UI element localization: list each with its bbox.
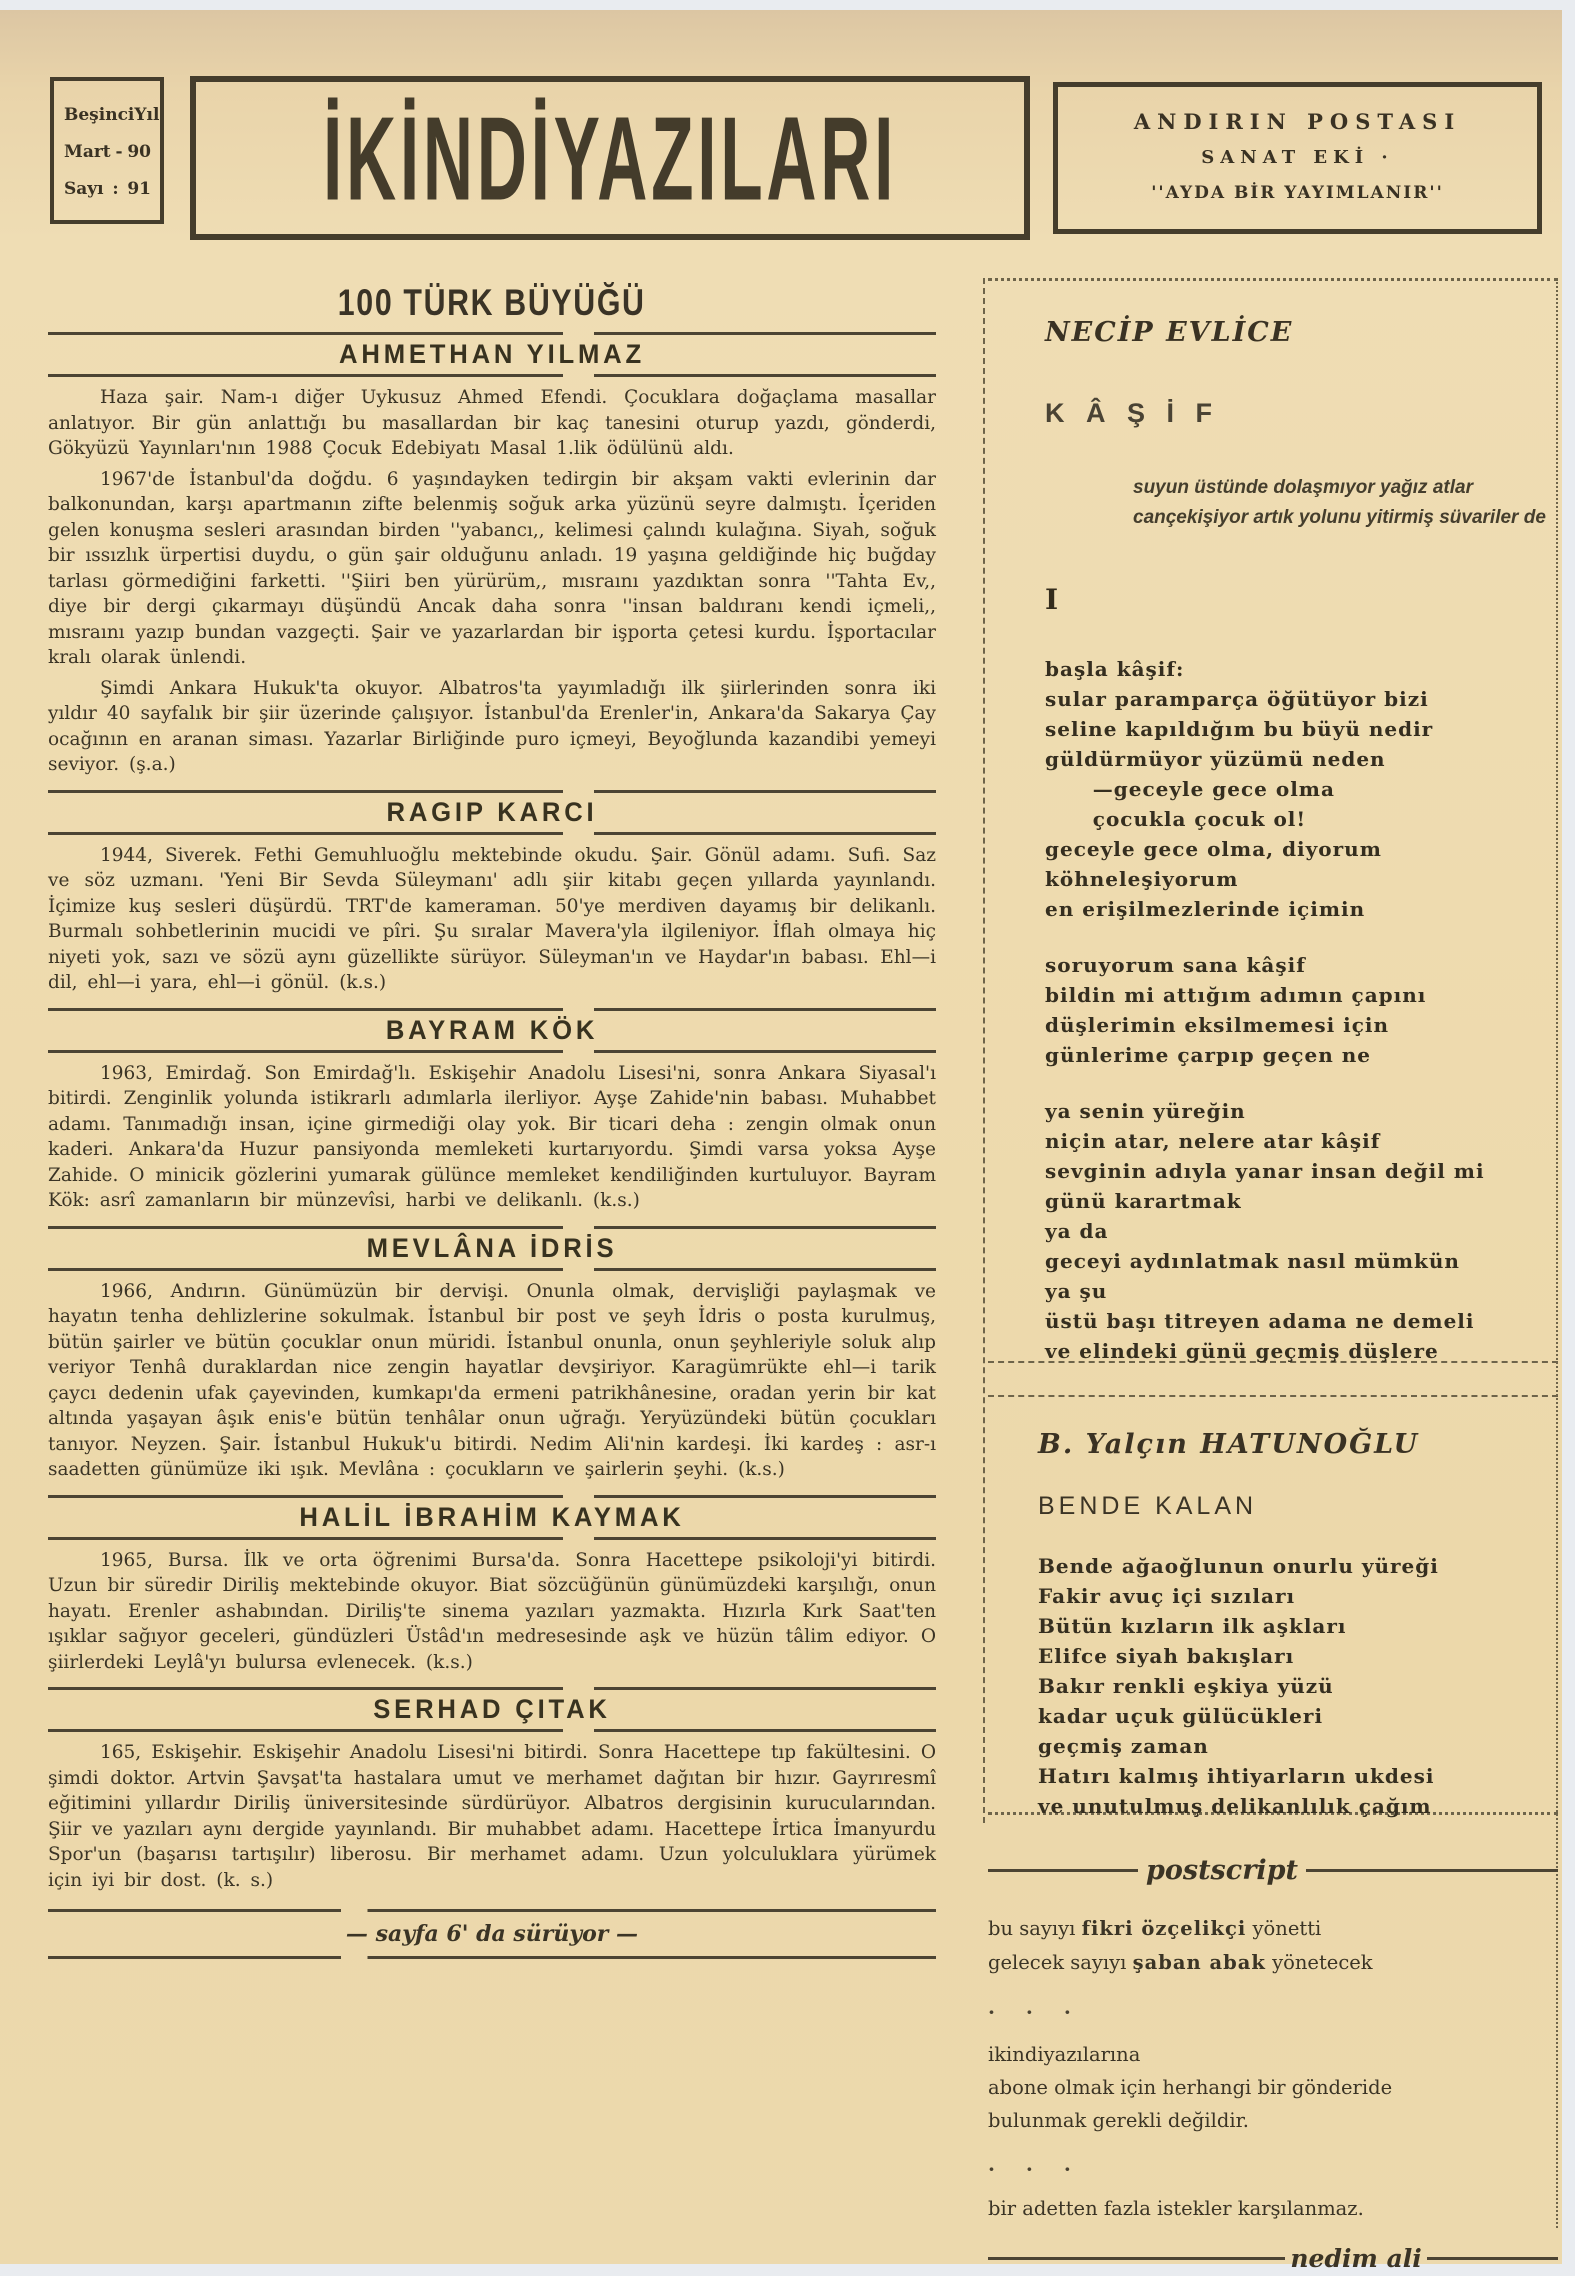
issue-month-sep: - [115,134,122,171]
postscript-request-note: bir adetten fazla istekler karşılanmaz. [988,2197,1558,2220]
poem-line: geçmiş zaman [1038,1731,1558,1761]
heading-rule-top [48,1008,936,1011]
poem-line: Fakir avuç içi sızıları [1038,1581,1558,1611]
poem-line: Elifce siyah bakışları [1038,1641,1558,1671]
poem-line: günü karartmak [1045,1186,1558,1216]
issue-number-row: Sayı : 91 [64,171,151,208]
issue-number-sep: : [112,171,118,208]
issue-month-value: 90 [127,134,151,171]
heading-rule-top [48,332,936,335]
editor-line-prefix: bu sayıyı [988,1917,1082,1940]
article-heading-block: SERHAD ÇITAK [48,1687,936,1732]
poem-line: Bende ağaoğlunun onurlu yüreği [1038,1551,1558,1581]
poem-line: ve elindeki günü geçmiş düşlere [1045,1336,1558,1366]
poem-line: geceyi aydınlatmak nasıl mümkün [1045,1246,1558,1276]
article-paragraph: 1966, Andırın. Günümüzün bir dervişi. On… [48,1279,936,1483]
article-heading-block: AHMETHAN YILMAZ [48,332,936,377]
postscript-current-editor-line: bu sayıyı fikri özçelikçi yönetti [988,1912,1558,1946]
issue-month-row: Mart - 90 [64,134,151,171]
postscript-header: postscript [988,1855,1558,1886]
poem-line: seline kapıldığım bu büyü nedir [1045,714,1558,744]
poem1-stanzas: başla kâşif:sular paramparça öğütüyor bi… [1045,654,1558,1366]
postscript-next-editor-line: gelecek sayıyı şaban abak yönetecek [988,1946,1558,1980]
articles: AHMETHAN YILMAZHaza şair. Nam-ı diğer Uy… [48,332,936,1959]
article-paragraph: Şimdi Ankara Hukuk'ta okuyor. Albatros't… [48,676,936,778]
article-heading-block: HALİL İBRAHİM KAYMAK [48,1495,936,1540]
article-section: RAGIP KARCI1944, Siverek. Fethi Gemuhluo… [48,790,936,996]
magazine-logo: İKİNDİYAZILARI [323,90,897,227]
article-paragraph: 1944, Siverek. Fethi Gemuhluoğlu mektebi… [48,843,936,996]
heading-rule-bottom [48,1729,936,1732]
article-paragraph: 1965, Bursa. İlk ve orta öğrenimi Bursa'… [48,1548,936,1676]
article-section: HALİL İBRAHİM KAYMAK1965, Bursa. İlk ve … [48,1495,936,1676]
current-editor-name: fikri özçelikçi [1082,1917,1247,1940]
paper-background: Beşinci Yıl Mart - 90 Sayı : 91 İKİNDİYA… [0,10,1562,2264]
poem-line: ya da [1045,1216,1558,1246]
heading-rule-bottom [48,832,936,835]
poem-line: kadar uçuk gülücükleri [1038,1701,1558,1731]
poem1-author: NECİP EVLİCE [1045,317,1558,348]
issue-number-value: 91 [127,171,151,208]
article-heading-block: BAYRAM KÖK [48,1008,936,1053]
postscript-rule-right [1306,1869,1558,1872]
poem-line: günlerime çarpıp geçen ne [1045,1040,1558,1070]
heading-rule-top [48,1495,936,1498]
heading-rule-bottom [48,1268,936,1271]
footer-rule-bottom [48,1956,936,1959]
page-title: 100 TÜRK BÜYÜĞÜ [48,282,936,324]
poem-line: Bütün kızların ilk aşkları [1038,1611,1558,1641]
issue-number-label: Sayı [64,171,104,208]
article-heading-block: RAGIP KARCI [48,790,936,835]
signature-rule-left [988,2257,1285,2260]
poem-stanza: soruyorum sana kâşifbildin mi attığım ad… [1045,950,1558,1070]
article-heading: HALİL İBRAHİM KAYMAK [70,1502,914,1533]
poem-line: ya senin yüreğin [1045,1096,1558,1126]
publisher-name: ANDIRIN POSTASI [1058,109,1537,134]
poem-line: Bakır renkli eşkiya yüzü [1038,1671,1558,1701]
poem1-epigraph: suyun üstünde dolaşmıyor yağız atlar can… [1133,473,1558,533]
poem-line: üstü başı titreyen adama ne demeli [1045,1306,1558,1336]
poem-bende-kalan-section: B. Yalçın HATUNOĞLU BENDE KALAN Bende ağ… [988,1395,1558,1815]
poem2-lines: Bende ağaoğlunun onurlu yüreğiFakir avuç… [1038,1551,1558,1821]
poem-line: en erişilmezlerinde içimin [1045,894,1558,924]
magazine-logo-box: İKİNDİYAZILARI [190,76,1030,240]
article-section: SERHAD ÇITAK165, Eskişehir. Eskişehir An… [48,1687,936,1893]
article-paragraph: 1967'de İstanbul'da doğdu. 6 yaşındayken… [48,467,936,671]
poem-line: bildin mi attığım adımın çapını [1045,980,1558,1010]
signature-rule-right [1427,2257,1558,2260]
article-heading: BAYRAM KÖK [70,1015,914,1046]
poem-line: düşlerimin eksilmemesi için [1045,1010,1558,1040]
postscript-rule-left [988,1869,1138,1872]
article-heading: SERHAD ÇITAK [70,1694,914,1725]
issue-year-value: Yıl [134,97,159,134]
heading-rule-top [48,1687,936,1690]
heading-rule-bottom [48,1050,936,1053]
poem-line: Hatırı kalmış ihtiyarların ukdesi [1038,1761,1558,1791]
poem-line: çocukla çocuk ol! [1045,804,1558,834]
article-heading: AHMETHAN YILMAZ [70,339,914,370]
article-heading-block: MEVLÂNA İDRİS [48,1226,936,1271]
footer-rule-top [48,1909,936,1912]
poem-line: sular paramparça öğütüyor bizi [1045,684,1558,714]
poem-stanza: başla kâşif:sular paramparça öğütüyor bi… [1045,654,1558,924]
signature-name: nedim ali [1285,2244,1426,2273]
poem2-title: BENDE KALAN [1038,1492,1558,1521]
poem1-section-number: I [1045,583,1558,616]
continuation-footer: — sayfa 6' da sürüyor — [48,1909,936,1959]
article-section: AHMETHAN YILMAZHaza şair. Nam-ı diğer Uy… [48,332,936,778]
separator-dots: · · · [988,2000,1558,2024]
postscript-subscription: ikindiyazılarınaabone olmak için herhang… [988,2038,1558,2137]
poem-line: köhneleşiyorum [1045,864,1558,894]
postscript-line: bulunmak gerekli değildir. [988,2104,1558,2137]
article-section: MEVLÂNA İDRİS1966, Andırın. Günümüzün bi… [48,1226,936,1483]
poem-line: güldürmüyor yüzümü neden [1045,744,1558,774]
heading-rule-bottom [48,1537,936,1540]
poem-line: niçin atar, nelere atar kâşif [1045,1126,1558,1156]
article-heading: RAGIP KARCI [70,797,914,828]
heading-rule-top [48,790,936,793]
postscript-section: postscript bu sayıyı fikri özçelikçi yön… [988,1815,1558,2273]
poem-line: başla kâşif: [1045,654,1558,684]
article-section: BAYRAM KÖK1963, Emirdağ. Son Emirdağ'lı.… [48,1008,936,1214]
poem1-title: K Â Ş İ F [1045,398,1558,429]
poem-line: soruyorum sana kâşif [1045,950,1558,980]
poem-stanza: ya senin yüreğinniçin atar, nelere atar … [1045,1096,1558,1366]
next-editor-suffix: yönetecek [1266,1951,1373,1974]
article-paragraph: Haza şair. Nam-ı diğer Uykusuz Ahmed Efe… [48,385,936,462]
poem-line: —geceyle gece olma [1045,774,1558,804]
publisher-info-box: ANDIRIN POSTASI SANAT EKİ · ''AYDA BİR Y… [1053,82,1542,234]
article-heading: MEVLÂNA İDRİS [70,1233,914,1264]
poem2-author: B. Yalçın HATUNOĞLU [1038,1429,1558,1460]
next-editor-name: şaban abak [1133,1951,1266,1974]
poem1-epigraph-line1: suyun üstünde dolaşmıyor yağız atlar [1133,473,1558,503]
continuation-note: — sayfa 6' da sürüyor — [48,1921,936,1947]
editor-line-suffix: yönetti [1246,1917,1321,1940]
article-paragraph: 165, Eskişehir. Eskişehir Anadolu Lisesi… [48,1740,936,1893]
supplement-label: SANAT EKİ · [1058,147,1537,168]
heading-rule-top [48,1226,936,1229]
issue-year-row: Beşinci Yıl [64,97,151,134]
column-divider-dashed [983,278,985,1823]
separator-dots-2: · · · [988,2157,1558,2181]
heading-rule-bottom [48,374,936,377]
poem-line: sevginin adıyla yanar insan değil mi [1045,1156,1558,1186]
article-paragraph: 1963, Emirdağ. Son Emirdağ'lı. Eskişehir… [48,1061,936,1214]
issue-year-label: Beşinci [64,97,134,134]
issue-info-box: Beşinci Yıl Mart - 90 Sayı : 91 [50,77,164,224]
poem-line: ya şu [1045,1276,1558,1306]
issue-month-label: Mart [64,134,111,171]
page-title-text: 100 TÜRK BÜYÜĞÜ [338,282,646,324]
postscript-label: postscript [1138,1855,1306,1886]
poem-kasif-section: NECİP EVLİCE K Â Ş İ F suyun üstünde dol… [988,278,1558,1363]
postscript-line: abone olmak için herhangi bir gönderide [988,2071,1558,2104]
frequency-note: ''AYDA BİR YAYIMLANIR'' [1058,183,1537,203]
poem1-epigraph-line2: cançekişiyor artık yolunu yitirmiş süvar… [1133,503,1558,533]
poem-line: geceyle gece olma, diyorum [1045,834,1558,864]
postscript-line: ikindiyazılarına [988,2038,1558,2071]
next-editor-prefix: gelecek sayıyı [988,1951,1133,1974]
scanned-magazine-page: { "palette": { "paper": "#eedcb2", "ink"… [0,0,1575,2276]
postscript-editor-lines: bu sayıyı fikri özçelikçi yönetti gelece… [988,1912,1558,1980]
signature-row: nedim ali [988,2244,1558,2273]
